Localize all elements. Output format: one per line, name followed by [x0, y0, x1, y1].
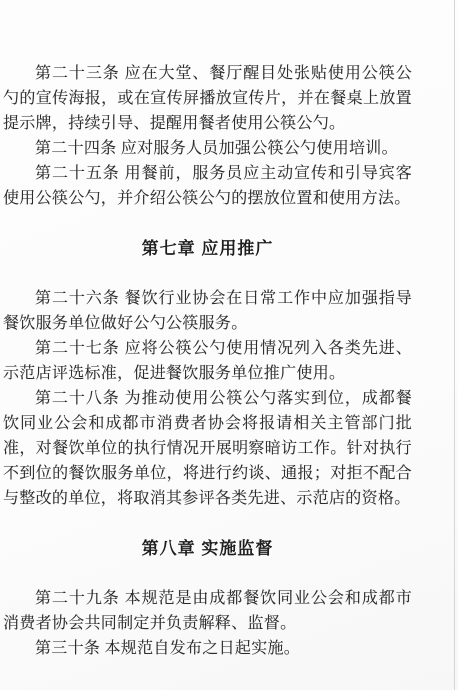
- scanned-document-page: 第二十三条 应在大堂、餐厅醒目处张贴使用公筷公勺的宣传海报，或在宣传屏播放宣传片…: [0, 0, 458, 690]
- body-paragraph-article-28: 第二十八条 为推动使用公筷公勺落实到位，成都餐饮同业公会和成都市消费者协会将报请…: [3, 386, 412, 511]
- body-paragraph-article-24: 第二十四条 应对服务人员加强公筷公勺使用培训。: [3, 136, 412, 161]
- chapter-heading-7: 第七章 应用推广: [3, 236, 412, 261]
- page-edge-divider: [454, 0, 455, 690]
- body-paragraph-article-27: 第二十七条 应将公筷公勺使用情况列入各类先进、示范店评选标准，促进餐饮服务单位推…: [3, 336, 412, 386]
- body-paragraph-article-23: 第二十三条 应在大堂、餐厅醒目处张贴使用公筷公勺的宣传海报，或在宣传屏播放宣传片…: [3, 61, 412, 136]
- chapter-heading-8: 第八章 实施监督: [3, 536, 412, 561]
- body-paragraph-article-29: 第二十九条 本规范是由成都餐饮同业公会和成都市消费者协会共同制定并负责解释、监督…: [3, 586, 412, 636]
- body-paragraph-article-26: 第二十六条 餐饮行业协会在日常工作中应加强指导餐饮服务单位做好公勺公筷服务。: [3, 286, 412, 336]
- document-content: 第二十三条 应在大堂、餐厅醒目处张贴使用公筷公勺的宣传海报，或在宣传屏播放宣传片…: [3, 61, 412, 661]
- body-paragraph-article-25: 第二十五条 用餐前，服务员应主动宣传和引导宾客使用公筷公勺，并介绍公筷公勺的摆放…: [3, 161, 412, 211]
- body-paragraph-article-30: 第三十条 本规范自发布之日起实施。: [3, 636, 412, 661]
